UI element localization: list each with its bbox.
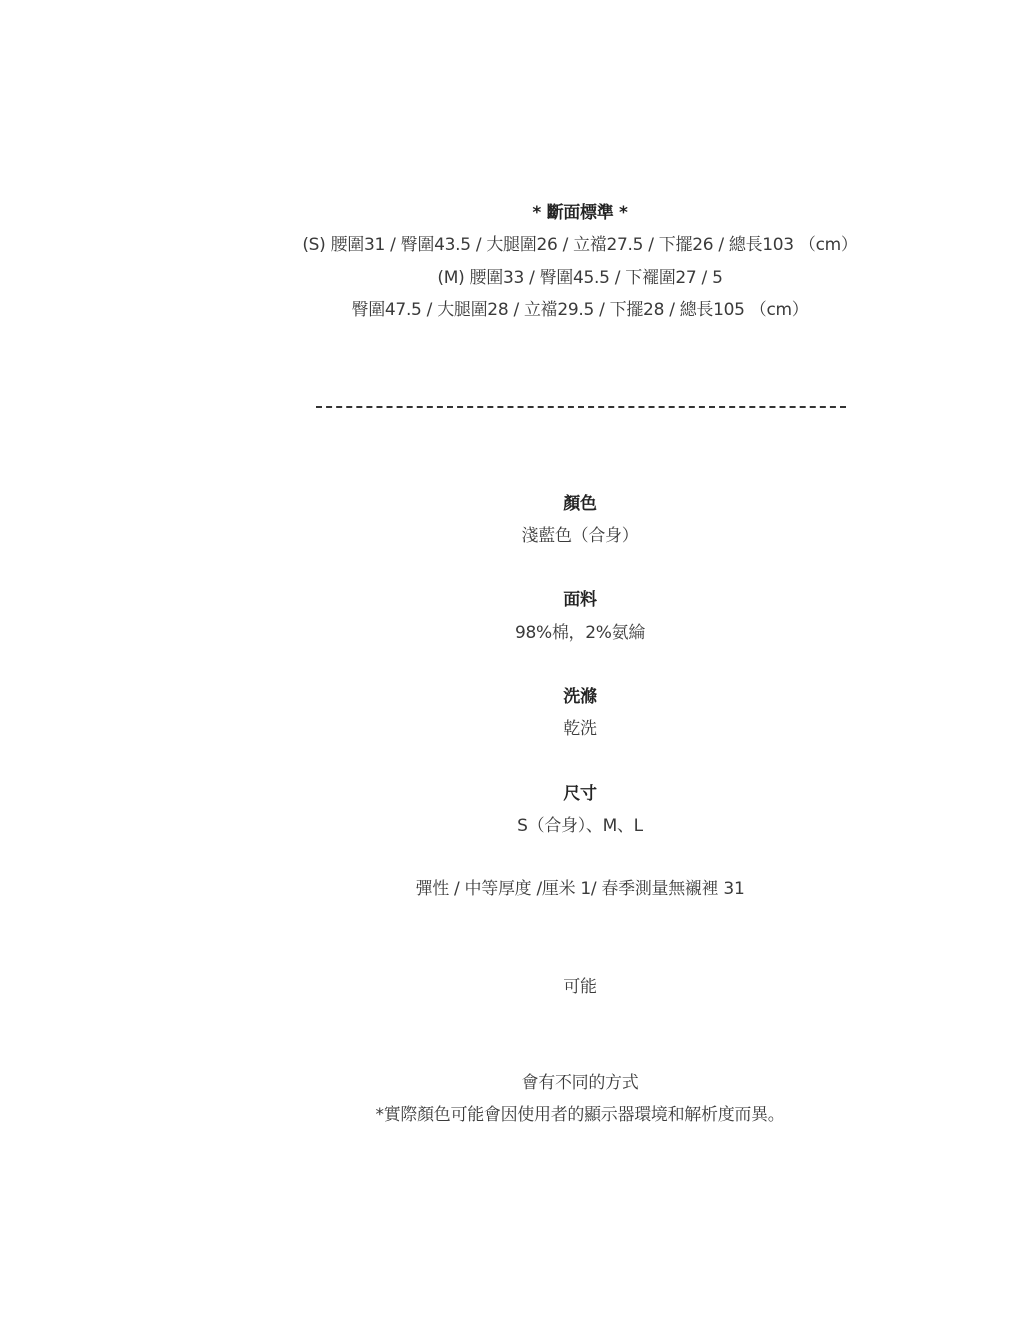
color-label: 顏色 [0, 492, 1024, 516]
section-divider [316, 406, 846, 408]
fabric-value: 98%棉，2%氨綸 [0, 621, 1024, 645]
color-disclaimer: *實際顏色可能會因使用者的顯示器環境和解析度而異。 [0, 1103, 1024, 1127]
size-value: S（合身）、M、L [0, 814, 1024, 838]
possible-note: 可能 [0, 975, 1024, 999]
size-row-m: (M) 腰圍33 / 臀圍45.5 / 下襬圍27 / 5 [0, 266, 1024, 290]
washing-value: 乾洗 [0, 717, 1024, 741]
fabric-label: 面料 [0, 588, 1024, 612]
attributes-note: 彈性 / 中等厚度 /厘米 1/ 春季測量無襯裡 31 [0, 877, 1024, 901]
size-row-m-continued: 臀圍47.5 / 大腿圍28 / 立襠29.5 / 下擺28 / 總長105 （… [0, 298, 1024, 322]
size-label: 尺寸 [0, 782, 1024, 806]
size-chart-title: * 斷面標準 * [0, 201, 1024, 225]
color-value: 淺藍色（合身） [0, 524, 1024, 548]
washing-label: 洗滌 [0, 685, 1024, 709]
different-note: 會有不同的方式 [0, 1071, 1024, 1095]
size-row-s: (S) 腰圍31 / 臀圍43.5 / 大腿圍26 / 立襠27.5 / 下擺2… [0, 233, 1024, 257]
